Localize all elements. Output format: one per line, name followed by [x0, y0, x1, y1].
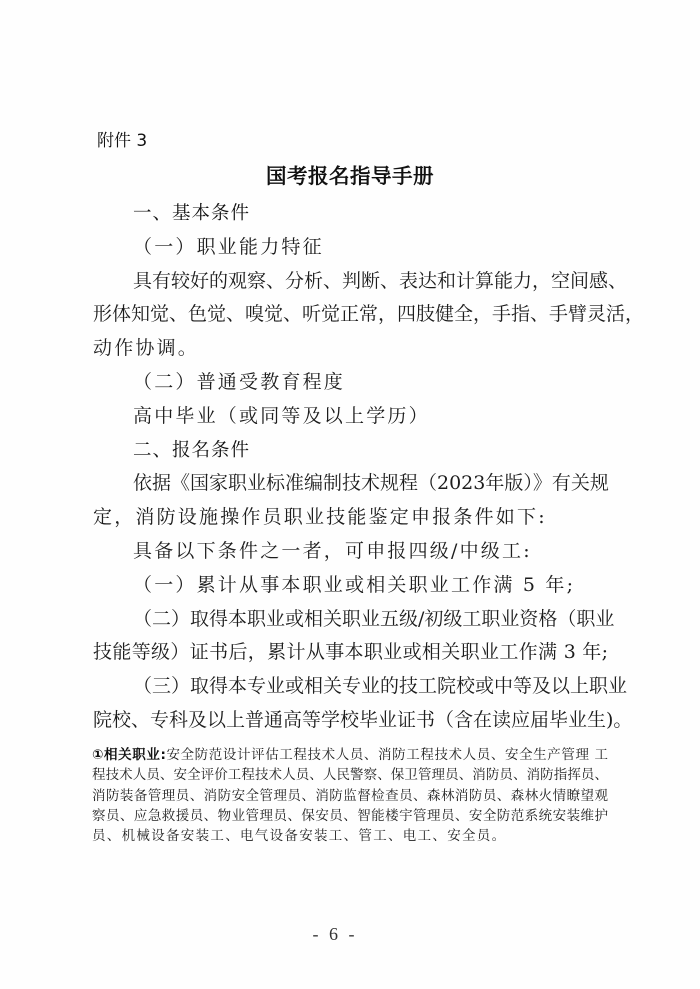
footnote-line: 察员、应急救援员、物业管理员、保安员、智能楼宇管理员、安全防范系统安装维护 — [92, 806, 608, 826]
footnote-line: 消防装备管理员、消防安全管理员、消防监督检查员、森林消防员、森林火情瞭望观 — [92, 786, 608, 806]
section-heading-registration-conditions: 二、报名条件 — [93, 434, 608, 468]
paragraph-line: 具有较好的观察、分析、判断、表达和计算能力，空间感、 — [93, 265, 608, 299]
footnote-line: ①相关职业:安全防范设计评估工程技术人员、消防工程技术人员、安全生产管理 工 — [92, 745, 608, 765]
condition-item-2-cont: 技能等级）证书后，累计从事本职业或相关职业工作满 3 年; — [93, 636, 608, 670]
document-title: 国考报名指导手册 — [0, 162, 700, 190]
condition-item-3: （三）取得本专业或相关专业的技工院校或中等及以上职业 — [93, 670, 608, 704]
footnote-line: 员、机械设备安装工、电气设备安装工、管工、电工、安全员。 — [92, 826, 608, 846]
footnote-text: 安全防范设计评估工程技术人员、消防工程技术人员、安全生产管理 工 — [166, 747, 608, 763]
paragraph-line: 具备以下条件之一者，可申报四级/中级工: — [93, 535, 608, 569]
footnote-line: 程技术人员、安全评价工程技术人员、人民警察、保卫管理员、消防员、消防指挥员、 — [92, 765, 608, 785]
attachment-label: 附件 3 — [97, 130, 147, 152]
paragraph-line: 形体知觉、色觉、嗅觉、听觉正常，四肢健全，手指、手臂灵活， — [93, 298, 608, 332]
paragraph-line: 动作协调。 — [93, 332, 608, 366]
paragraph-line: 定，消防设施操作员职业技能鉴定申报条件如下: — [93, 501, 608, 535]
paragraph-line: 高中毕业（或同等及以上学历） — [93, 400, 608, 434]
document-page: 附件 3 国考报名指导手册 一、基本条件 （一）职业能力特征 具有较好的观察、分… — [0, 0, 700, 989]
page-number: - 6 - — [0, 922, 670, 946]
footnote-related-occupations: ①相关职业:安全防范设计评估工程技术人员、消防工程技术人员、安全生产管理 工 程… — [92, 745, 608, 846]
subsection-heading-education: （二）普通受教育程度 — [93, 366, 608, 400]
footnote-label: ①相关职业: — [92, 747, 166, 763]
condition-item-2: （二）取得本职业或相关职业五级/初级工职业资格（职业 — [93, 603, 608, 637]
document-body: 一、基本条件 （一）职业能力特征 具有较好的观察、分析、判断、表达和计算能力，空… — [93, 197, 608, 738]
condition-item-3-cont: 院校、专科及以上普通高等学校毕业证书（含在读应届毕业生)。 — [93, 704, 608, 738]
subsection-heading-ability: （一）职业能力特征 — [93, 231, 608, 265]
condition-item-1: （一）累计从事本职业或相关职业工作满 5 年; — [93, 569, 608, 603]
section-heading-basic-conditions: 一、基本条件 — [93, 197, 608, 231]
paragraph-line: 依据《国家职业标准编制技术规程（2023年版）》有关规 — [93, 467, 608, 501]
